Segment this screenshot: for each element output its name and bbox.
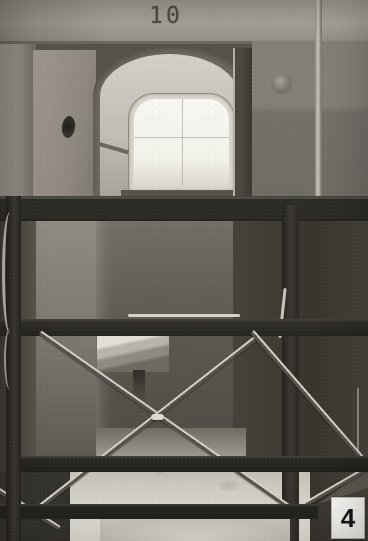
scaffold-rail-highlight — [128, 314, 240, 317]
cell-window — [128, 93, 235, 192]
floor-bright-bottom — [100, 519, 290, 541]
wall-pipe — [315, 0, 322, 206]
scaffold-joint — [151, 414, 164, 420]
wall-fixture — [273, 74, 291, 92]
scaffold-pole-highlight-lower — [4, 328, 16, 390]
prison-cell-photo: 10 4 — [0, 0, 368, 541]
scaffold-pole-highlight — [2, 212, 18, 334]
scaffold-bar-mid — [0, 319, 368, 336]
wall-upper-shade — [0, 0, 110, 44]
scaffold-bar-lower — [10, 456, 368, 472]
door-frame-right — [233, 48, 252, 206]
scaffold-bar-bottom — [0, 504, 318, 519]
scaffold-bar-top — [0, 196, 368, 221]
cell-door-lower — [36, 221, 99, 461]
cell-doorway-arch — [93, 44, 253, 206]
wall-right — [252, 41, 368, 196]
figure-number-label: 4 — [331, 497, 365, 539]
cell-number-marking: 10 — [144, 3, 188, 29]
wall-left — [0, 44, 36, 204]
window-glass — [134, 99, 229, 185]
cell-bed — [97, 334, 169, 372]
